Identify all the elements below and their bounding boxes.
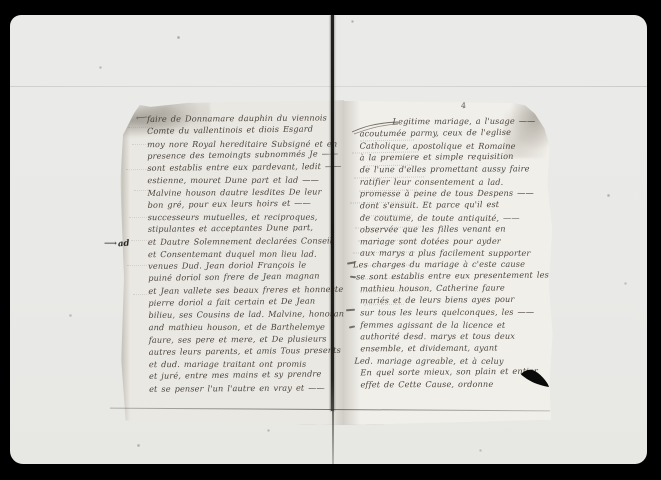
scan-canvas: ⟵ faire de Donnamare dauphin du viennois… [0,0,661,480]
manuscript-line: autres leurs parents, et amis Tous prese… [149,343,362,357]
ink-blot [520,366,552,390]
manuscript-line: observée que les filles venant en [360,223,549,236]
manuscript-right-page: 4 Legitime mariage, a [344,100,556,425]
center-fold-line [331,15,334,411]
underlay-sheet-edge [10,86,647,87]
manuscript-line: aux marys a plus facilement supporter [360,248,549,260]
manuscript-line: et Consentemant duquel mon lieu lad. [148,247,361,260]
manuscript-line: femmes agissant de la licence et [360,320,549,332]
manuscript-line: sur tous les leurs quelconques, les —— [360,307,549,320]
manuscript-line: et se penser l'un l'autre en vray et —— [149,381,362,395]
margin-tick [346,309,355,311]
right-page-text: Legitime mariage, a l'usage ——acoutumée … [360,116,550,392]
margin-arrow-stroke: ⟶ [104,239,116,249]
manuscript-line: à la premiere et simple requisition [360,150,549,164]
manuscript-line: faure, ses pere et mere, et De plusieurs [149,332,362,346]
manuscript-line: bilieu, ses Cousins de lad. Malvine, hon… [148,307,361,321]
manuscript-line: puiné doriol son frere de Jean magnan [148,269,361,284]
photo-background: ⟵ faire de Donnamare dauphin du viennois… [10,15,647,464]
margin-tick [349,325,355,328]
manuscript-line: bon gré, pour eux leurs hoirs et —— [148,196,361,211]
margin-annotation: ⟶ ad [104,239,129,249]
manuscript-line: mariés et de leurs biens ayes pour [360,294,549,308]
manuscript-line: pierre doriol a fait certain et De Jean [148,294,361,309]
manuscript-line: estienne, mouret Dune part et lad —— [147,174,360,187]
manuscript-line: and mathieu houson, et de Barthelemye [149,321,362,334]
margin-note-text: ad [118,239,130,250]
manuscript-line: acoutumée parmy, ceux de l'eglise [360,126,549,140]
manuscript-line: stipulantes et acceptantes Dune part, [148,221,361,235]
manuscript-line: mariage sont dotées pour ayder [360,235,549,248]
manuscript-line: dont s'ensuit. Et parce qu'il est [360,198,549,212]
manuscript-line: de l'une d'elles promettant aussy faire [360,163,549,176]
page-number: 4 [460,101,466,111]
manuscript-line: et juré, entre mes mains et sy prendre [149,367,362,382]
manuscript-line: presence des temoingts subnommés Je —— [147,147,360,162]
dust-specks [10,15,11,16]
manuscript-line: et Dautre Solemnement declarées Conseil [148,234,361,248]
manuscript-left-page: ⟵ faire de Donnamare dauphin du viennois… [108,99,344,425]
manuscript-line: ratifier leur consentement a lad. [360,176,549,188]
manuscript-line: Comte du vallentinois et diois Esgard [147,122,360,137]
center-fold-line-tail [332,410,334,464]
manuscript-line: ensemble, et dividemant, ayant [360,342,549,355]
manuscript-line: sont establis entre eux pardevant, ledit… [147,160,360,174]
left-page-text: faire de Donnamare dauphin du viennoisCo… [147,111,362,394]
